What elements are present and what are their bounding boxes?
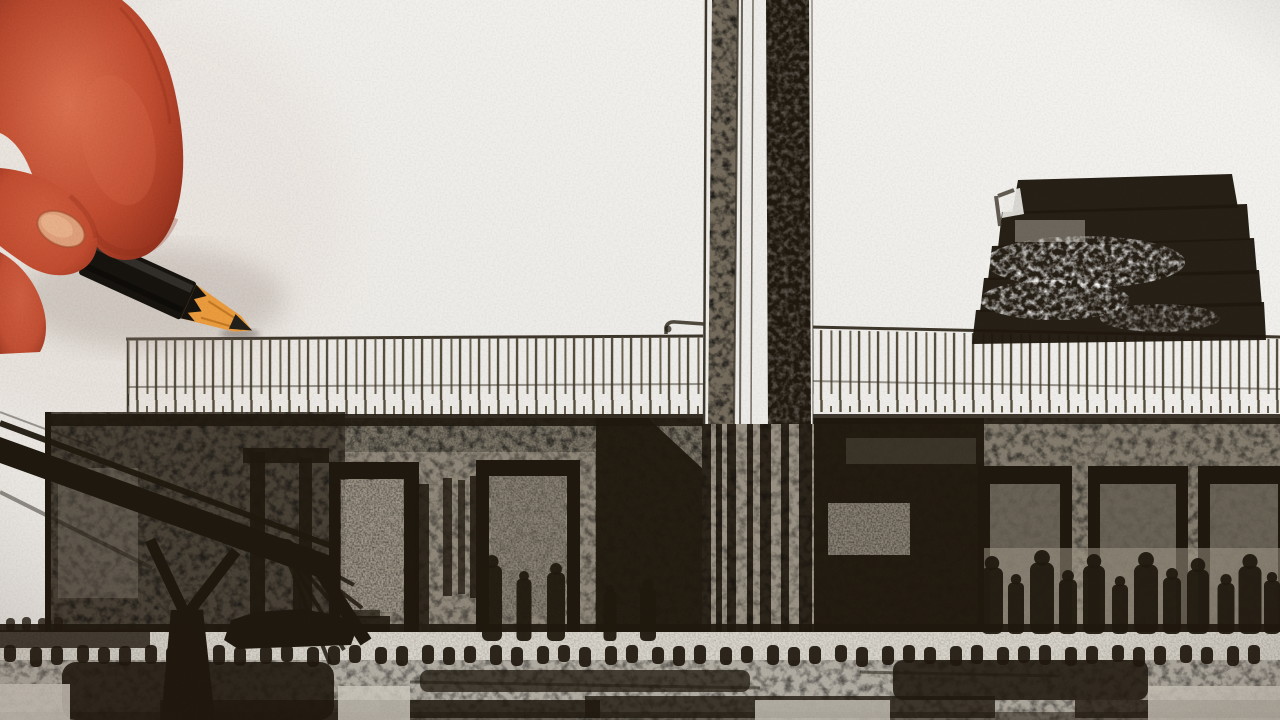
vignette [0,0,1280,720]
video-frame [0,0,1280,720]
drawing-scene [0,0,1280,720]
